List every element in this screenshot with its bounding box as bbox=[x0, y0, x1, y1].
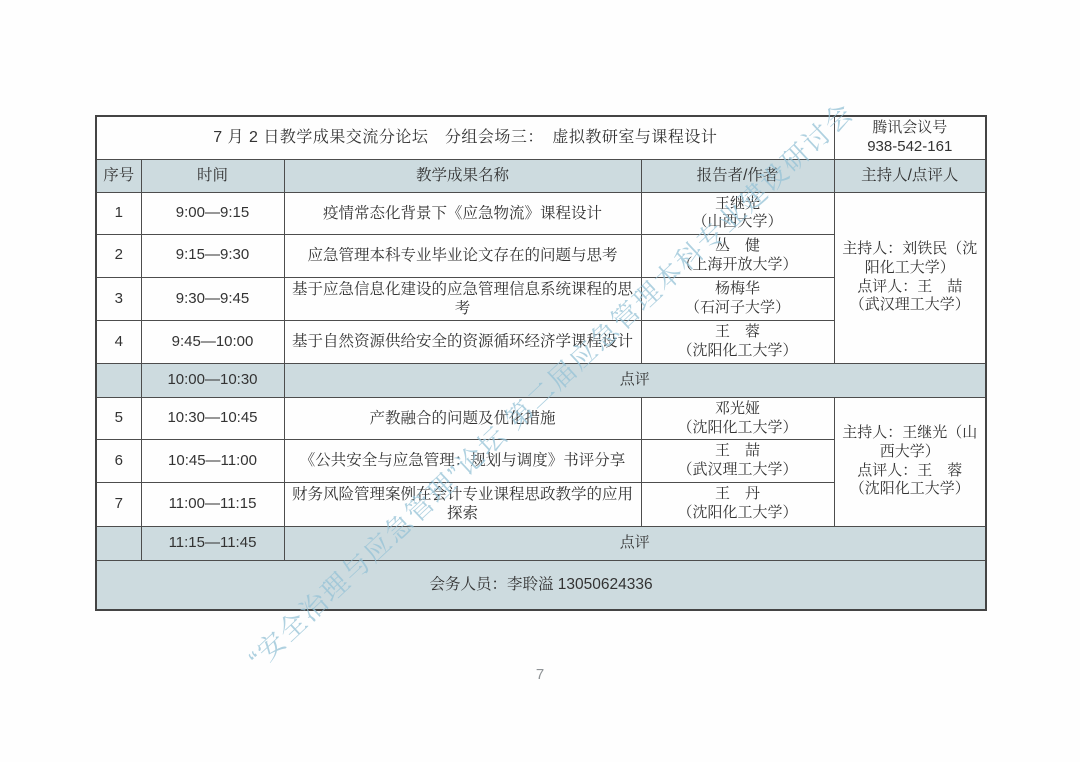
speaker-name: 丛 健 bbox=[646, 237, 830, 256]
session-no: 3 bbox=[96, 277, 141, 321]
session-time: 10:30—10:45 bbox=[141, 397, 284, 440]
session-no: 6 bbox=[96, 440, 141, 483]
staff-row: 会务人员：李聆溢 13050624336 bbox=[96, 560, 986, 610]
moderator-line: （武汉理工大学） bbox=[839, 296, 982, 315]
session-no: 2 bbox=[96, 235, 141, 278]
session-speaker: 杨梅华 （石河子大学） bbox=[641, 277, 834, 321]
document-page: 7 月 2 日教学成果交流分论坛 分组会场三： 虚拟教研室与课程设计 腾讯会议号… bbox=[0, 0, 1080, 762]
session-no: 5 bbox=[96, 397, 141, 440]
moderator-line: 主持人：王继光（山 bbox=[839, 424, 982, 443]
speaker-name: 王 丹 bbox=[646, 485, 830, 504]
session-topic: 产教融合的问题及优化措施 bbox=[284, 397, 641, 440]
session-time: 9:45—10:00 bbox=[141, 321, 284, 364]
review-label: 点评 bbox=[284, 363, 986, 397]
session-topic: 基于自然资源供给安全的资源循环经济学课程设计 bbox=[284, 321, 641, 364]
column-header-row: 序号 时间 教学成果名称 报告者/作者 主持人/点评人 bbox=[96, 159, 986, 192]
session-speaker: 王 蓉 （沈阳化工大学） bbox=[641, 321, 834, 364]
speaker-name: 邓光娅 bbox=[646, 400, 830, 419]
speaker-affiliation: （石河子大学） bbox=[646, 299, 830, 318]
schedule-table: 7 月 2 日教学成果交流分论坛 分组会场三： 虚拟教研室与课程设计 腾讯会议号… bbox=[95, 115, 987, 611]
session-topic: 财务风险管理案例在会计专业课程思政教学的应用探索 bbox=[284, 482, 641, 526]
session-time: 9:15—9:30 bbox=[141, 235, 284, 278]
session-time: 9:30—9:45 bbox=[141, 277, 284, 321]
session-speaker: 丛 健 （上海开放大学） bbox=[641, 235, 834, 278]
speaker-name: 王继光 bbox=[646, 195, 830, 214]
session-row: 1 9:00—9:15 疫情常态化背景下《应急物流》课程设计 王继光 （山西大学… bbox=[96, 192, 986, 235]
speaker-affiliation: （沈阳化工大学） bbox=[646, 342, 830, 361]
page-number: 7 bbox=[0, 666, 1080, 683]
moderator-block-morning: 主持人：刘铁民（沈 阳化工大学） 点评人：王 喆 （武汉理工大学） bbox=[834, 192, 986, 363]
review-time: 10:00—10:30 bbox=[141, 363, 284, 397]
staff-contact: 会务人员：李聆溢 13050624336 bbox=[96, 560, 986, 610]
col-header-speaker: 报告者/作者 bbox=[641, 159, 834, 192]
session-time: 10:45—11:00 bbox=[141, 440, 284, 483]
session-topic: 基于应急信息化建设的应急管理信息系统课程的思考 bbox=[284, 277, 641, 321]
review-row-noon: 11:15—11:45 点评 bbox=[96, 526, 986, 560]
session-speaker: 邓光娅 （沈阳化工大学） bbox=[641, 397, 834, 440]
speaker-name: 王 喆 bbox=[646, 442, 830, 461]
meeting-id-number: 938-542-161 bbox=[839, 138, 982, 157]
speaker-affiliation: （山西大学） bbox=[646, 213, 830, 232]
session-speaker: 王 喆 （武汉理工大学） bbox=[641, 440, 834, 483]
speaker-name: 杨梅华 bbox=[646, 280, 830, 299]
col-header-time: 时间 bbox=[141, 159, 284, 192]
moderator-block-late-morning: 主持人：王继光（山 西大学） 点评人：王 蓉 （沈阳化工大学） bbox=[834, 397, 986, 526]
meeting-id-cell: 腾讯会议号 938-542-161 bbox=[834, 116, 986, 159]
session-topic: 应急管理本科专业毕业论文存在的问题与思考 bbox=[284, 235, 641, 278]
empty-cell bbox=[96, 363, 141, 397]
session-topic: 《公共安全与应急管理：规划与调度》书评分享 bbox=[284, 440, 641, 483]
speaker-affiliation: （沈阳化工大学） bbox=[646, 419, 830, 438]
session-row: 5 10:30—10:45 产教融合的问题及优化措施 邓光娅 （沈阳化工大学） … bbox=[96, 397, 986, 440]
moderator-line: （沈阳化工大学） bbox=[839, 480, 982, 499]
empty-cell bbox=[96, 526, 141, 560]
session-time: 9:00—9:15 bbox=[141, 192, 284, 235]
session-speaker: 王继光 （山西大学） bbox=[641, 192, 834, 235]
col-header-topic: 教学成果名称 bbox=[284, 159, 641, 192]
moderator-line: 西大学） bbox=[839, 443, 982, 462]
review-time: 11:15—11:45 bbox=[141, 526, 284, 560]
session-topic: 疫情常态化背景下《应急物流》课程设计 bbox=[284, 192, 641, 235]
session-no: 7 bbox=[96, 482, 141, 526]
col-header-moderator: 主持人/点评人 bbox=[834, 159, 986, 192]
session-no: 1 bbox=[96, 192, 141, 235]
meeting-id-label: 腾讯会议号 bbox=[839, 119, 982, 138]
review-label: 点评 bbox=[284, 526, 986, 560]
title-row: 7 月 2 日教学成果交流分论坛 分组会场三： 虚拟教研室与课程设计 腾讯会议号… bbox=[96, 116, 986, 159]
speaker-affiliation: （武汉理工大学） bbox=[646, 461, 830, 480]
moderator-line: 阳化工大学） bbox=[839, 259, 982, 278]
col-header-no: 序号 bbox=[96, 159, 141, 192]
moderator-line: 点评人：王 蓉 bbox=[839, 462, 982, 481]
forum-title: 7 月 2 日教学成果交流分论坛 分组会场三： 虚拟教研室与课程设计 bbox=[96, 116, 834, 159]
moderator-line: 主持人：刘铁民（沈 bbox=[839, 240, 982, 259]
review-row-morning: 10:00—10:30 点评 bbox=[96, 363, 986, 397]
speaker-affiliation: （上海开放大学） bbox=[646, 256, 830, 275]
moderator-line: 点评人：王 喆 bbox=[839, 278, 982, 297]
session-no: 4 bbox=[96, 321, 141, 364]
session-speaker: 王 丹 （沈阳化工大学） bbox=[641, 482, 834, 526]
speaker-name: 王 蓉 bbox=[646, 323, 830, 342]
session-time: 11:00—11:15 bbox=[141, 482, 284, 526]
speaker-affiliation: （沈阳化工大学） bbox=[646, 504, 830, 523]
